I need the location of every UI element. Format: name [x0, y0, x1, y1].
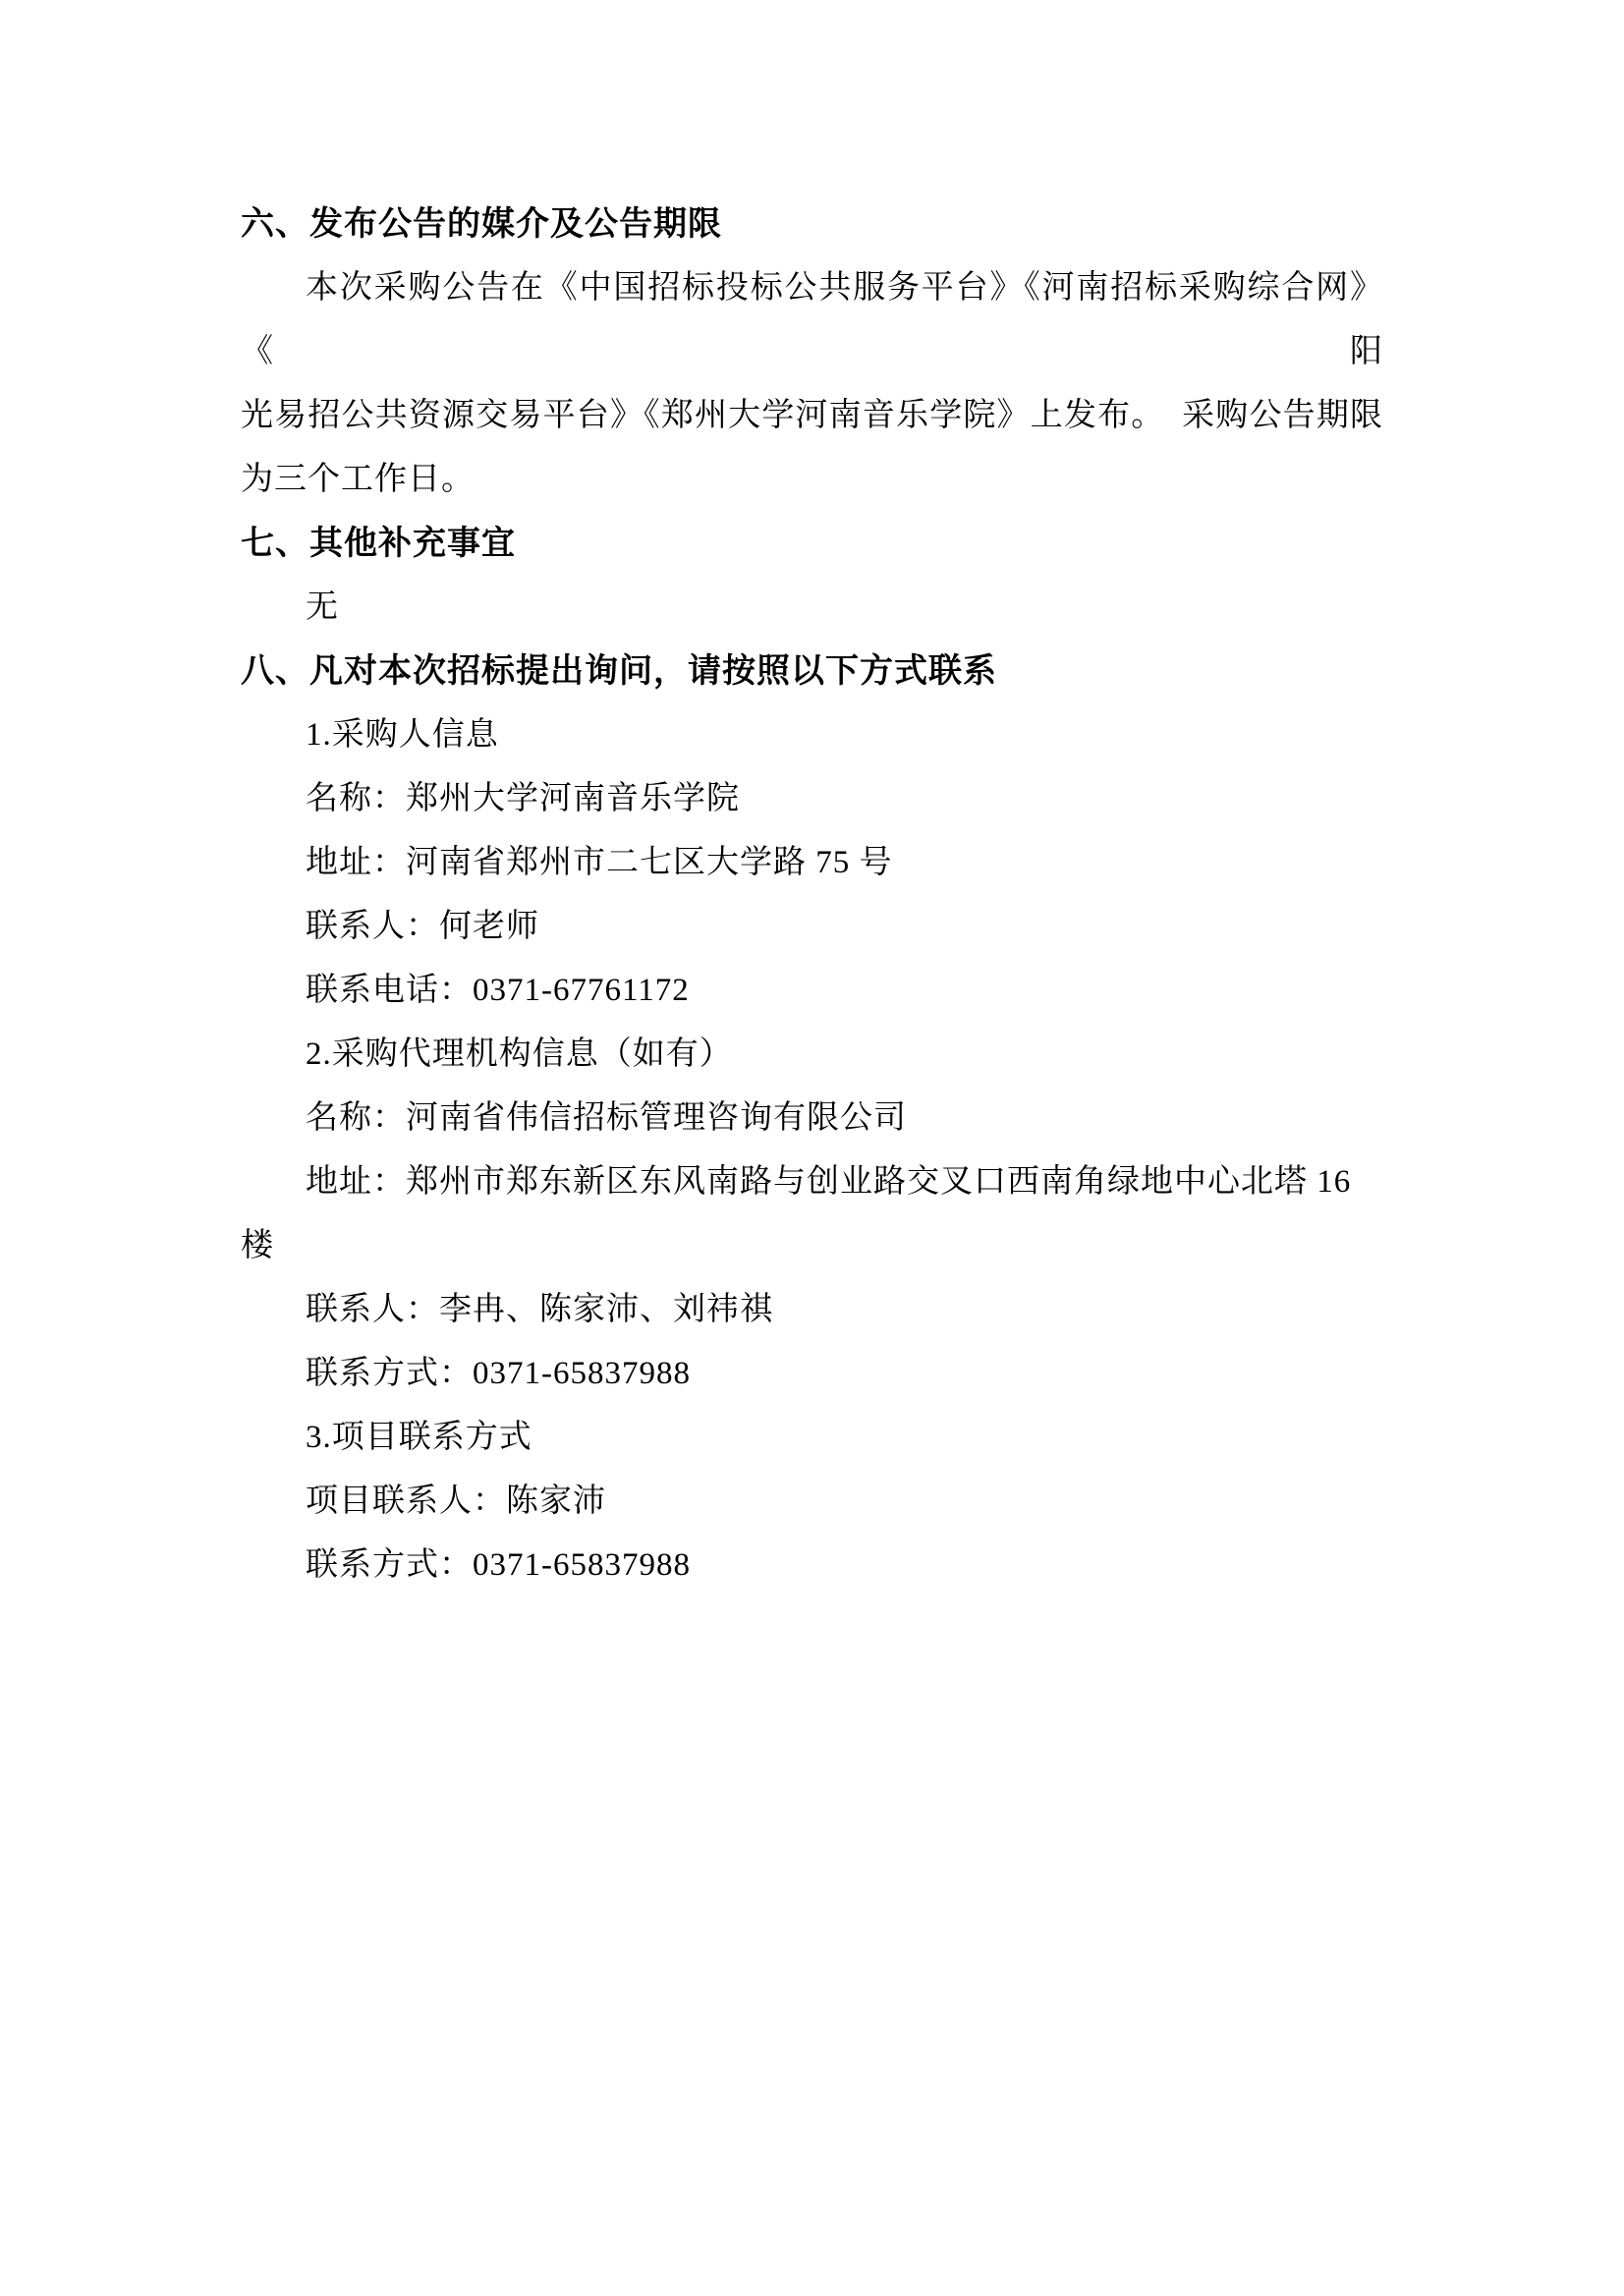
agency-phone: 联系方式：0371-65837988 [241, 1342, 1383, 1406]
announce-paragraph-line-2: 光易招公共资源交易平台》《郑州大学河南音乐学院》上发布。 采购公告期限 [241, 384, 1383, 448]
purchaser-name: 名称：郑州大学河南音乐学院 [241, 767, 1383, 831]
purchaser-phone: 联系电话：0371-67761172 [241, 959, 1383, 1023]
agency-info-title: 2.采购代理机构信息（如有） [241, 1023, 1383, 1087]
purchaser-info-title: 1.采购人信息 [241, 703, 1383, 767]
agency-name: 名称：河南省伟信招标管理咨询有限公司 [241, 1087, 1383, 1150]
project-contact-phone: 联系方式：0371-65837988 [241, 1534, 1383, 1597]
project-contact-person: 项目联系人：陈家沛 [241, 1470, 1383, 1534]
announce-paragraph-line-1: 本次采购公告在《中国招标投标公共服务平台》《河南招标采购综合网》《阳 [241, 256, 1383, 384]
heading-section-seven: 七、其他补充事宜 [241, 512, 1383, 576]
document-body: 六、发布公告的媒介及公告期限 本次采购公告在《中国招标投标公共服务平台》《河南招… [241, 193, 1383, 1597]
agency-address: 地址：郑州市郑东新区东风南路与创业路交叉口西南角绿地中心北塔 16 楼 [241, 1150, 1383, 1278]
document-page: 六、发布公告的媒介及公告期限 本次采购公告在《中国招标投标公共服务平台》《河南招… [0, 0, 1624, 2296]
heading-section-eight: 八、凡对本次招标提出询问，请按照以下方式联系 [241, 640, 1383, 703]
purchaser-address: 地址：河南省郑州市二七区大学路 75 号 [241, 831, 1383, 895]
heading-section-six: 六、发布公告的媒介及公告期限 [241, 193, 1383, 256]
agency-contact-persons: 联系人：李冉、陈家沛、刘祎祺 [241, 1278, 1383, 1342]
project-contact-title: 3.项目联系方式 [241, 1406, 1383, 1470]
purchaser-contact-person: 联系人：何老师 [241, 895, 1383, 959]
section-seven-body: 无 [241, 576, 1383, 640]
announce-paragraph-line-3: 为三个工作日。 [241, 448, 1383, 512]
